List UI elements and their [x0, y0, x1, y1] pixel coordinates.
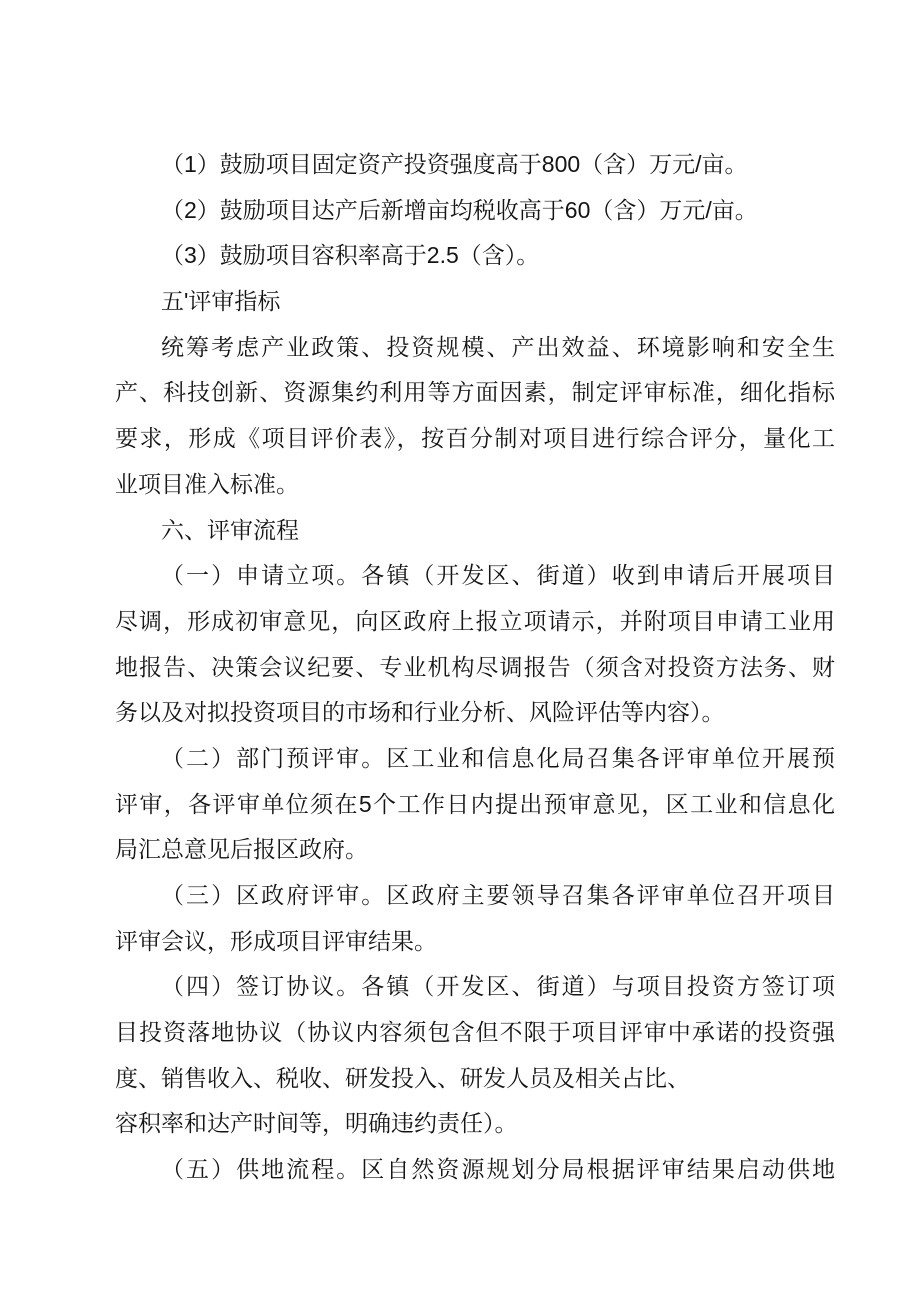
- text-line: （3）鼓励项目容积率高于2.5（含）。: [115, 233, 835, 279]
- section-heading: 五'评审指标: [115, 279, 835, 325]
- text-line: （四）签订协议。各镇（开发区、街道）与项目投资方签订项: [115, 964, 835, 1010]
- text-line: 产、科技创新、资源集约利用等方面因素，制定评审标准，细化指标: [115, 370, 835, 416]
- text-line: （二）部门预评审。区工业和信息化局召集各评审单位开展预: [115, 736, 835, 782]
- section-heading: 六、评审流程: [115, 508, 835, 554]
- text-line: 要求，形成《项目评价表》，按百分制对项目进行综合评分，量化工: [115, 416, 835, 462]
- text-line: （一）申请立项。各镇（开发区、街道）收到申请后开展项目: [115, 553, 835, 599]
- document-text-block: （1）鼓励项目固定资产投资强度高于800（含）万元/亩。 （2）鼓励项目达产后新…: [115, 142, 835, 1193]
- text-line: 务以及对拟投资项目的市场和行业分析、风险评估等内容）。: [115, 690, 835, 736]
- text-line: 统筹考虑产业政策、投资规模、产出效益、环境影响和安全生: [115, 325, 835, 371]
- text-line: 容积率和达产时间等，明确违约责任）。: [115, 1101, 835, 1147]
- text-line: （五）供地流程。区自然资源规划分局根据评审结果启动供地: [115, 1147, 835, 1193]
- text-line: 局汇总意见后报区政府。: [115, 827, 835, 873]
- text-line: （1）鼓励项目固定资产投资强度高于800（含）万元/亩。: [115, 142, 835, 188]
- text-line: 业项目准入标准。: [115, 462, 835, 508]
- text-line: 目投资落地协议（协议内容须包含但不限于项目评审中承诺的投资强: [115, 1010, 835, 1056]
- text-line: 尽调，形成初审意见，向区政府上报立项请示，并附项目申请工业用: [115, 599, 835, 645]
- text-line: 度、销售收入、税收、研发投入、研发人员及相关占比、: [115, 1056, 835, 1102]
- text-line: （2）鼓励项目达产后新增亩均税收高于60（含）万元/亩。: [115, 188, 835, 234]
- text-line: （三）区政府评审。区政府主要领导召集各评审单位召开项目: [115, 873, 835, 919]
- text-line: 地报告、决策会议纪要、专业机构尽调报告（须含对投资方法务、财: [115, 645, 835, 691]
- text-line: 评审会议，形成项目评审结果。: [115, 919, 835, 965]
- text-line: 评审，各评审单位须在5个工作日内提出预审意见，区工业和信息化: [115, 782, 835, 828]
- document-page: （1）鼓励项目固定资产投资强度高于800（含）万元/亩。 （2）鼓励项目达产后新…: [0, 0, 920, 1301]
